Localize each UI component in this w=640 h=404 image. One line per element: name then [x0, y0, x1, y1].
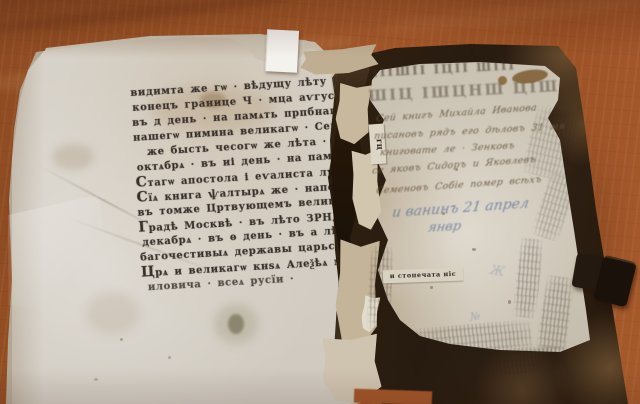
wood-dark-streak	[0, 0, 300, 36]
photo-old-book-on-table: видимта же гѡ · вѣдущу лѣту Ш конецъ гра…	[0, 0, 640, 404]
bookmark-tab	[265, 29, 299, 73]
pencil-scribble: Ж	[489, 263, 506, 280]
pencil-number-mark: №	[469, 309, 481, 323]
wood-light-streak	[380, 0, 640, 38]
cover-speck	[430, 286, 433, 289]
wood-gap-under-cover	[354, 389, 432, 404]
cover-speck	[508, 300, 511, 304]
cover-speck	[472, 248, 476, 251]
pencil-inscription: янвр	[427, 219, 462, 236]
hatch-impression	[366, 245, 394, 330]
printed-strip: и стопечата ніс	[383, 268, 463, 284]
